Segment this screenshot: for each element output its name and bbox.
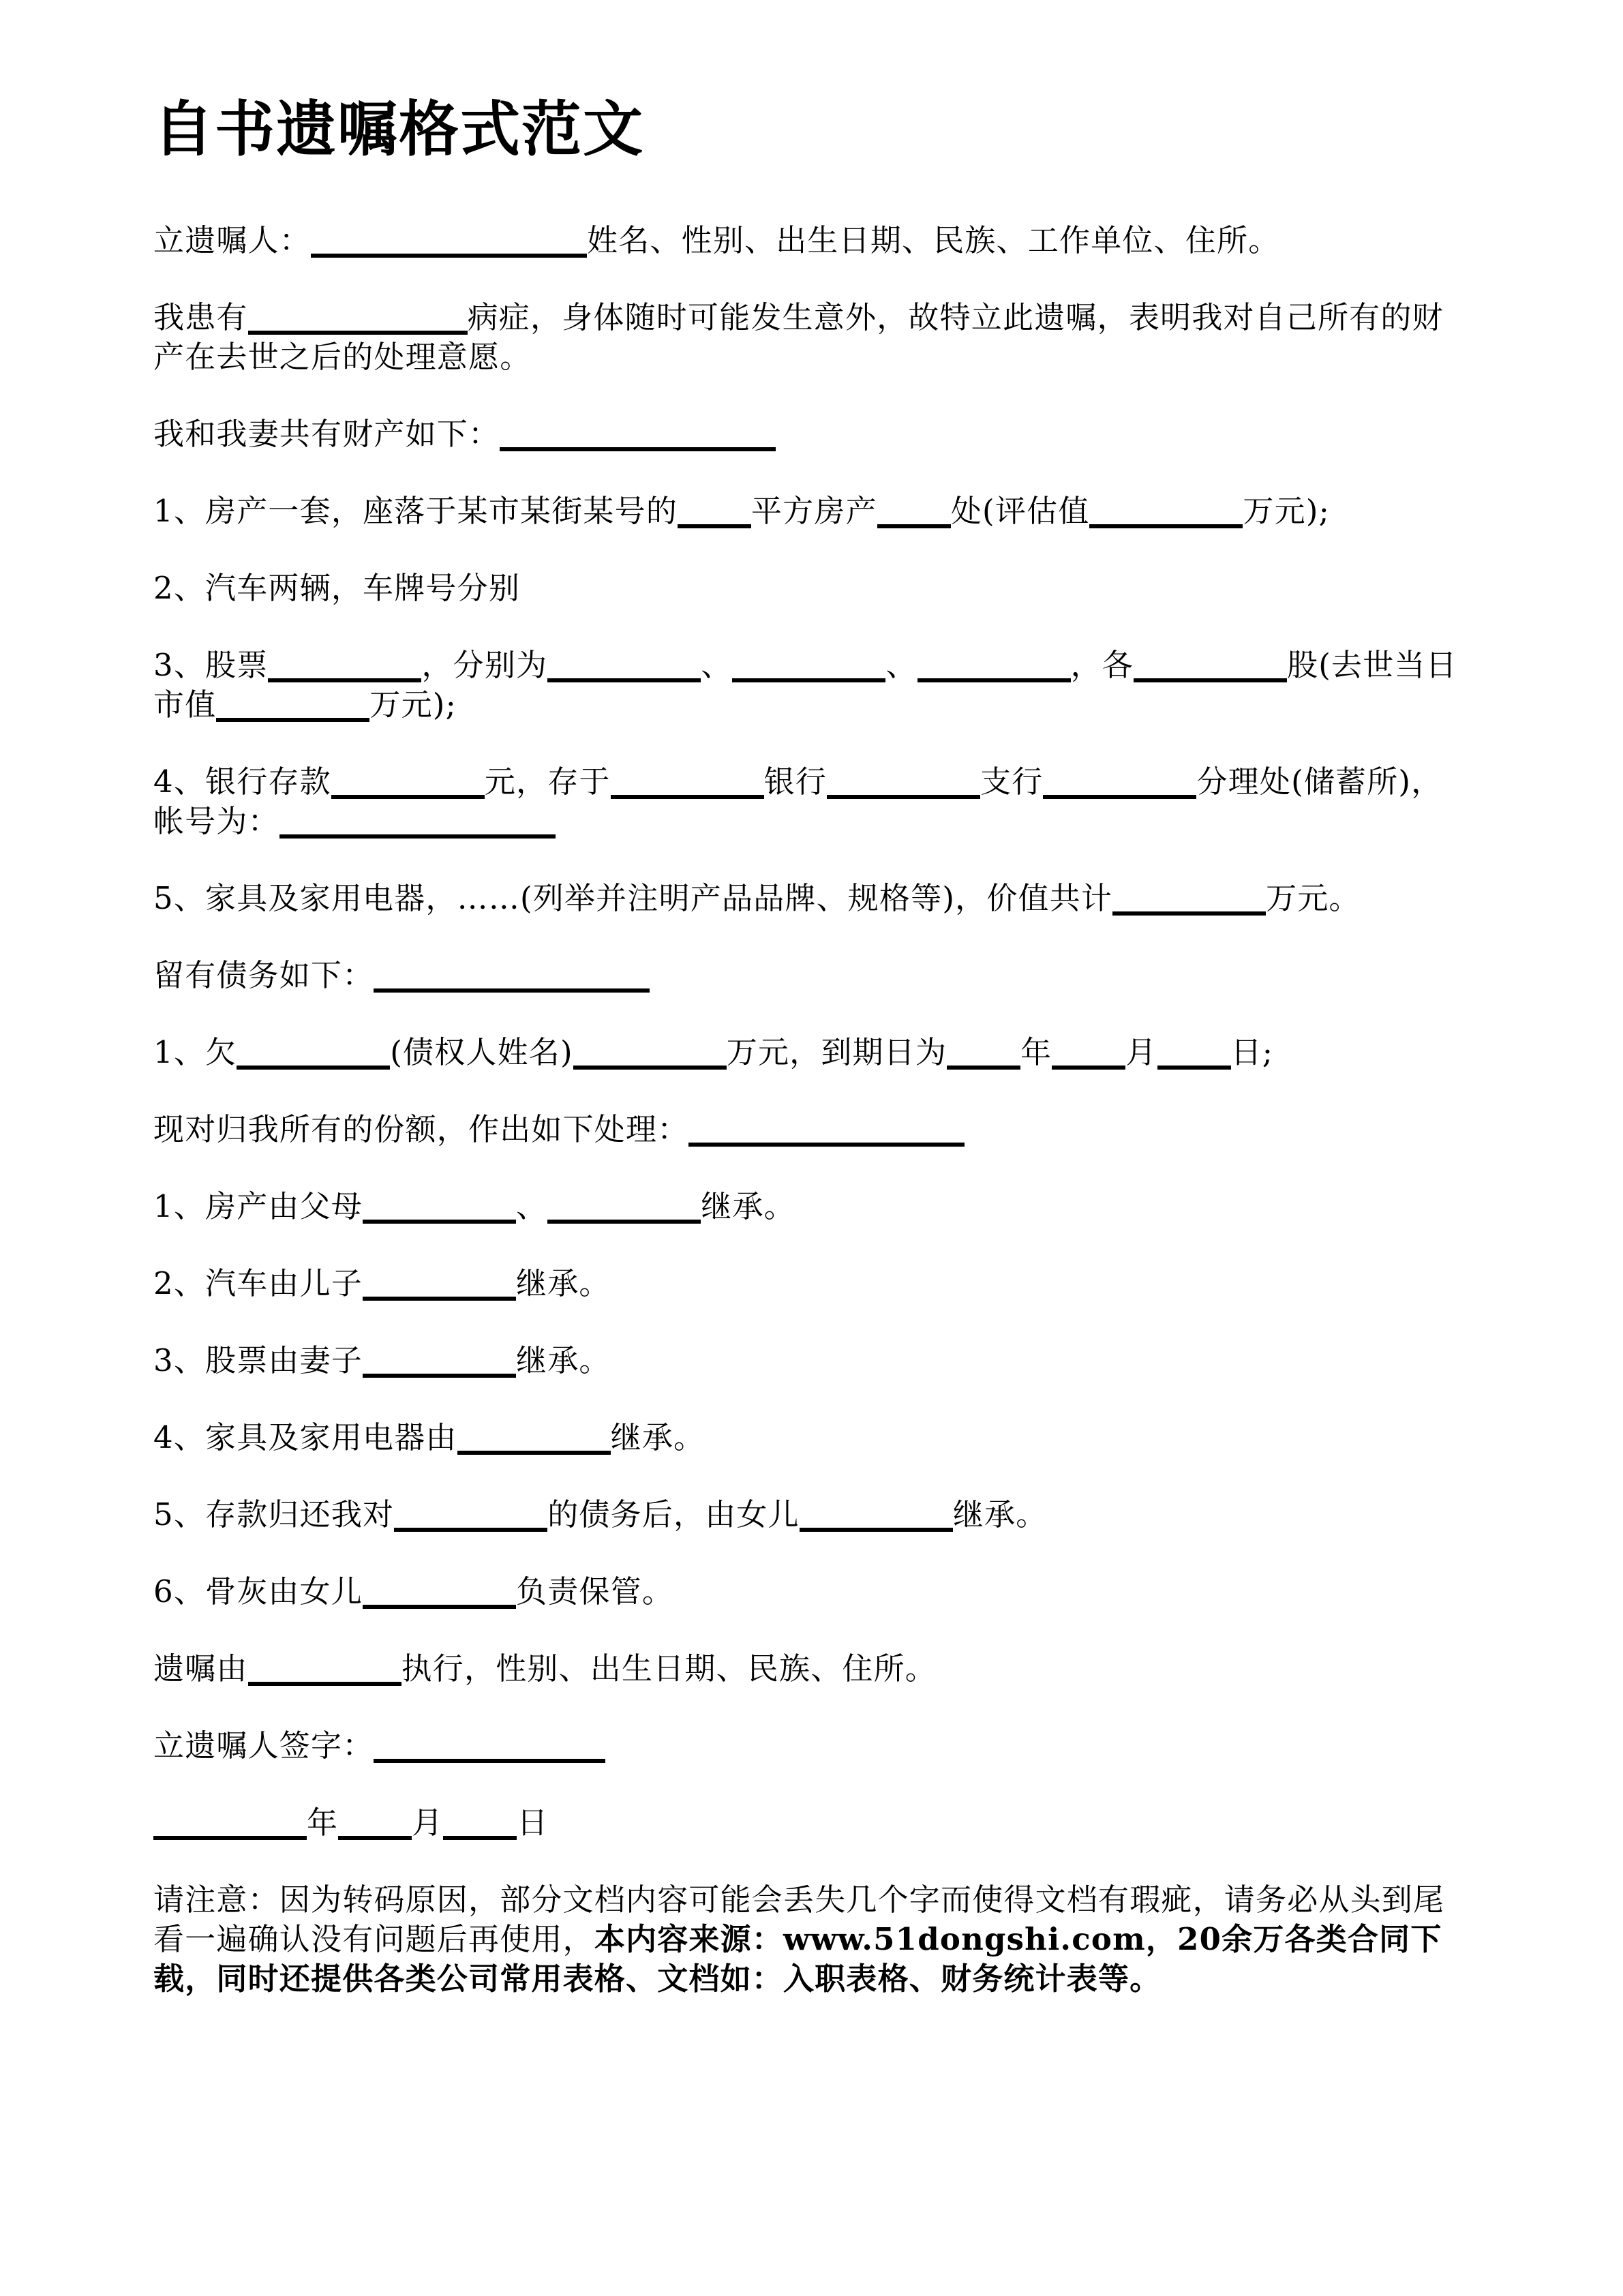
- text-segment: 万元);: [1243, 493, 1330, 529]
- text-segment: 2、汽车两辆，车牌号分别: [153, 570, 520, 606]
- text-segment: 继承。: [701, 1188, 795, 1224]
- text-segment: 执行，性别、出生日期、民族、住所。: [401, 1650, 937, 1687]
- blank-wife-name: [363, 1346, 516, 1378]
- para-property-stocks: 3、股票，分别为、、，各股(去世当日市值万元);: [153, 646, 1473, 725]
- text-segment: 3、股票: [153, 647, 268, 683]
- blank-year: [153, 1809, 307, 1840]
- para-property-cars: 2、汽车两辆，车牌号分别: [153, 569, 1473, 608]
- blank-furniture-heir: [457, 1423, 611, 1455]
- para-illness: 我患有病症，身体随时可能发生意外，故特立此遗嘱，表明我对自己所有的财产在去世之后…: [153, 298, 1473, 377]
- text-segment: 4、家具及家用电器由: [153, 1419, 457, 1455]
- blank-debts: [374, 961, 650, 993]
- text-segment: 的债务后，由女儿: [547, 1496, 800, 1532]
- text-segment: 月: [1125, 1034, 1157, 1070]
- blank-daughter-deposit: [800, 1500, 953, 1532]
- blank-branch-name: [827, 768, 980, 799]
- text-segment: 留有债务如下：: [153, 957, 374, 993]
- para-joint-property-intro: 我和我妻共有财产如下：: [153, 414, 1473, 454]
- para-debts-intro: 留有债务如下：: [153, 956, 1473, 995]
- will-document: 自书遗嘱格式范文 立遗嘱人：姓名、性别、出生日期、民族、工作单位、住所。 我患有…: [0, 0, 1623, 2296]
- blank-stock-1: [547, 651, 701, 682]
- blank-stock-2: [732, 651, 885, 682]
- text-segment: 日: [517, 1804, 548, 1841]
- text-segment: 2、汽车由儿子: [153, 1265, 363, 1301]
- blank-month: [338, 1809, 412, 1840]
- text-segment: 年: [1020, 1034, 1052, 1070]
- text-segment: 姓名、性别、出生日期、民族、工作单位、住所。: [587, 222, 1279, 258]
- text-segment: 日;: [1231, 1034, 1274, 1070]
- text-segment: 、: [885, 647, 917, 683]
- blank-stock-market-value: [216, 691, 369, 722]
- para-disposal-car: 2、汽车由儿子继承。: [153, 1264, 1473, 1303]
- blank-parent-2: [547, 1192, 701, 1224]
- text-segment: 3、股票由妻子: [153, 1342, 363, 1378]
- text-segment: 负责保管。: [516, 1573, 673, 1610]
- blank-creditor-repay: [394, 1500, 547, 1532]
- blank-due-year: [947, 1038, 1020, 1070]
- text-segment: 5、存款归还我对: [153, 1496, 394, 1532]
- para-property-furniture: 5、家具及家用电器，……(列举并注明产品品牌、规格等)，价值共计万元。: [153, 879, 1473, 918]
- para-notice: 请注意：因为转码原因，部分文档内容可能会丢失几个字而使得文档有瑕疵，请务必从头到…: [153, 1880, 1473, 1999]
- text-segment: 1、欠: [153, 1034, 237, 1070]
- text-segment: ，各: [1071, 647, 1134, 683]
- text-segment: 6、骨灰由女儿: [153, 1573, 363, 1610]
- blank-illness-name: [248, 303, 468, 335]
- text-segment: 处(评估值: [951, 493, 1090, 529]
- blank-bank-name: [611, 768, 764, 799]
- blank-stock-count: [268, 651, 421, 682]
- blank-house-location: [877, 497, 951, 528]
- blank-day: [443, 1809, 517, 1840]
- text-segment: 继承。: [516, 1342, 611, 1378]
- text-segment: 银行: [764, 764, 827, 800]
- document-title: 自书遗嘱格式范文: [153, 95, 1473, 163]
- para-disposal-deposit: 5、存款归还我对的债务后，由女儿继承。: [153, 1495, 1473, 1535]
- text-segment: 支行: [980, 764, 1043, 800]
- blank-creditor-name: [237, 1038, 390, 1070]
- para-debt-item: 1、欠(债权人姓名)万元，到期日为年月日;: [153, 1033, 1473, 1072]
- text-segment: 1、房产由父母: [153, 1188, 363, 1224]
- text-segment: 1、房产一套，座落于某市某街某号的: [153, 493, 678, 529]
- blank-disposal: [688, 1115, 965, 1147]
- blank-house-area: [678, 497, 751, 528]
- para-disposal-furniture: 4、家具及家用电器由继承。: [153, 1418, 1473, 1457]
- text-segment: 我和我妻共有财产如下：: [153, 416, 500, 452]
- text-segment: 元，存于: [485, 764, 611, 800]
- para-executor: 遗嘱由执行，性别、出生日期、民族、住所。: [153, 1649, 1473, 1689]
- blank-furniture-value: [1112, 884, 1266, 916]
- blank-son-name: [363, 1269, 516, 1301]
- text-segment: 立遗嘱人签字：: [153, 1727, 374, 1764]
- text-segment: 月: [412, 1804, 443, 1841]
- blank-joint-property: [500, 420, 776, 451]
- text-segment: 、: [516, 1188, 547, 1224]
- text-segment: 、: [701, 647, 732, 683]
- blank-daughter-ashes: [363, 1577, 516, 1609]
- blank-sub-branch: [1043, 768, 1196, 799]
- text-segment: 继承。: [611, 1419, 706, 1455]
- para-disposal-house: 1、房产由父母、继承。: [153, 1187, 1473, 1226]
- text-segment: 继承。: [516, 1265, 611, 1301]
- blank-account-number: [279, 807, 556, 839]
- para-disposal-ashes: 6、骨灰由女儿负责保管。: [153, 1572, 1473, 1612]
- text-segment: 立遗嘱人：: [153, 222, 311, 258]
- text-segment: (债权人姓名): [390, 1034, 573, 1070]
- text-segment: 平方房产: [751, 493, 877, 529]
- para-property-house: 1、房产一套，座落于某市某街某号的平方房产处(评估值万元);: [153, 492, 1473, 531]
- blank-house-value: [1089, 497, 1243, 528]
- para-date: 年月日: [153, 1803, 1473, 1843]
- text-segment: 年: [307, 1804, 338, 1841]
- text-segment: ，分别为: [421, 647, 547, 683]
- text-segment: 万元);: [369, 686, 457, 723]
- para-testator: 立遗嘱人：姓名、性别、出生日期、民族、工作单位、住所。: [153, 221, 1473, 260]
- blank-stock-3: [917, 651, 1071, 682]
- text-segment: 遗嘱由: [153, 1650, 248, 1687]
- blank-stock-shares: [1134, 651, 1287, 682]
- para-disposal-stock: 3、股票由妻子继承。: [153, 1341, 1473, 1380]
- blank-executor-name: [248, 1655, 401, 1686]
- text-segment: 4、银行存款: [153, 764, 331, 800]
- blank-debt-amount: [573, 1038, 727, 1070]
- blank-signature: [374, 1732, 605, 1763]
- text-segment: 5、家具及家用电器，……(列举并注明产品品牌、规格等)，价值共计: [153, 880, 1112, 916]
- blank-due-month: [1052, 1038, 1125, 1070]
- text-segment: 继承。: [953, 1496, 1048, 1532]
- text-segment: 现对归我所有的份额，作出如下处理：: [153, 1111, 688, 1147]
- para-disposal-intro: 现对归我所有的份额，作出如下处理：: [153, 1110, 1473, 1149]
- blank-due-day: [1157, 1038, 1231, 1070]
- text-segment: 我患有: [153, 299, 248, 335]
- para-signature: 立遗嘱人签字：: [153, 1726, 1473, 1766]
- text-segment: 万元，到期日为: [727, 1034, 947, 1070]
- para-property-deposit: 4、银行存款元，存于银行支行分理处(储蓄所)，帐号为：: [153, 762, 1473, 841]
- blank-testator-name: [311, 226, 587, 258]
- blank-parent-1: [363, 1192, 516, 1224]
- blank-deposit-amount: [331, 768, 485, 799]
- text-segment: 万元。: [1266, 880, 1361, 916]
